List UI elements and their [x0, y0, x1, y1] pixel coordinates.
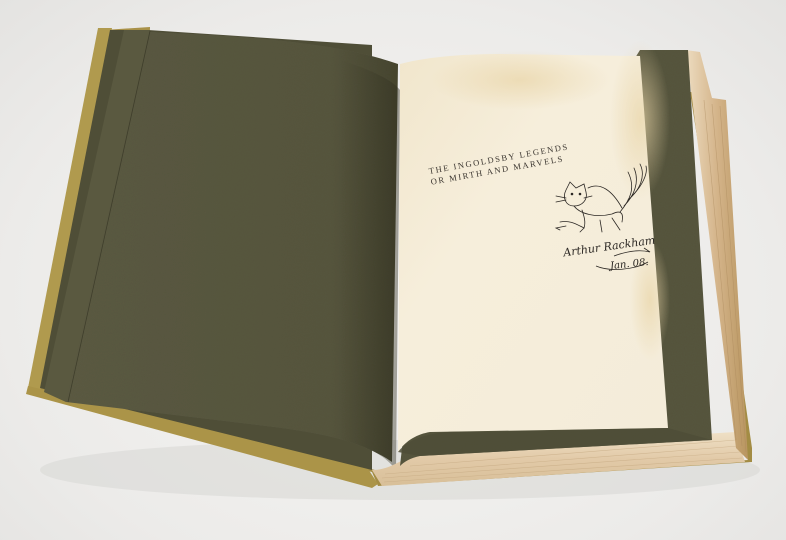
gutter-shadow [340, 60, 400, 470]
book-illustration [0, 0, 786, 540]
foxing-stain [610, 40, 670, 200]
foxing-stain [430, 50, 610, 110]
book-photo: THE INGOLDSBY LEGENDS OR MIRTH AND MARVE… [0, 0, 786, 540]
